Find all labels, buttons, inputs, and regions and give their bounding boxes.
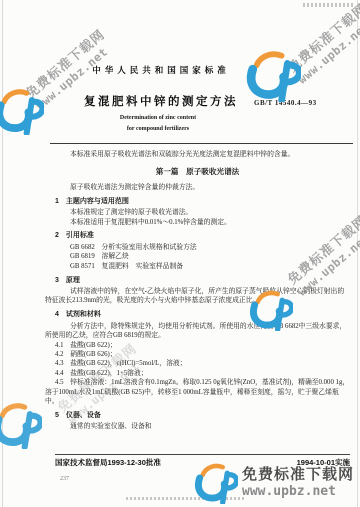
microprint-top-right xyxy=(303,3,355,7)
english-title-line2: for compound fertilizers xyxy=(127,126,189,132)
text-block-heading: 5 仪器、设备 xyxy=(55,411,350,420)
footer-divider xyxy=(55,454,350,455)
text-block-ref: GB 8571 复混肥料 实验室样品制备 xyxy=(70,262,350,271)
footer: 国家技术监督局1993-12-30批准 1994-10-01实施 xyxy=(55,457,350,468)
approval-note: 国家技术监督局1993-12-30批准 xyxy=(55,457,161,468)
english-title-line1: Determination of zinc content xyxy=(120,115,196,121)
text-block-heading: 4 试剂和材料 xyxy=(55,310,350,319)
text-block-ref: GB 6819 溶解乙炔 xyxy=(70,252,350,261)
english-title: Determination of zinc content for compou… xyxy=(0,113,316,135)
text-block-heading: 1 主题内容与适用范围 xyxy=(55,197,350,206)
text-block-item-para: 4.5 锌标准溶液：1mL溶液含有0.1mgZn。称取0.125 0g氧化锌(Z… xyxy=(45,378,350,406)
text-block-ref: GB 6682 分析实验室用水规格和试验方法 xyxy=(70,243,350,252)
document-page: 中华人民共和国国家标准 复混肥料中锌的测定方法 GB/T 14540.4—93 … xyxy=(0,0,360,507)
watermark-site-url: www.upbz.net xyxy=(242,484,354,499)
watermark-site-name: 免费标准下载网 xyxy=(242,467,354,484)
watermark-top-right: 免费标准下载网 www.upbz.net xyxy=(282,26,360,59)
text-block-item: 4.3 盐酸(GB 622)，c(HCl)=5mol/L，溶液； xyxy=(55,359,350,368)
document-body: 本标准采用原子吸收光谱法和双硫腙分光光度法测定复混肥料中锌的含量。第一篇 原子吸… xyxy=(0,150,360,432)
text-block-item: 4.4 盐酸(GB 622)，1+5溶液； xyxy=(55,369,350,378)
text-block-item: 4.2 硝酸(GB 626)； xyxy=(55,350,350,359)
text-block-para: 试样溶液中的锌，在空气-乙炔火焰中原子化，所产生的原子蒸气吸收从锌空心阴极灯射出… xyxy=(45,287,350,306)
header-divider xyxy=(50,143,353,144)
text-block-para: 通常的实验室仪器、设备和 xyxy=(45,422,350,431)
text-block-heading: 3 原理 xyxy=(55,276,350,285)
text-block-para: 原子吸收光谱法为测定锌含量的仲裁方法。 xyxy=(45,183,350,192)
text-block-item: 4.1 盐酸(GB 622)； xyxy=(55,341,350,350)
national-standard-label: 中华人民共和国国家标准 xyxy=(0,64,322,76)
text-block-para: 本标准适用于复混肥料中0.01%～0.1%锌含量的测定。 xyxy=(45,218,350,227)
text-block-center-heading: 第一篇 原子吸收光谱法 xyxy=(45,167,350,176)
text-block-para: 本标准采用原子吸收光谱法和双硫腙分光光度法测定复混肥料中锌的含量。 xyxy=(45,150,350,159)
text-block-para: 分析方法中，除特殊规定外，均使用分析纯试剂。所使用的水应符合GB 6682中三级… xyxy=(45,322,350,341)
microprint-bottom xyxy=(126,497,244,500)
text-block-heading: 2 引用标准 xyxy=(55,231,350,240)
implementation-date: 1994-10-01实施 xyxy=(297,457,350,468)
standard-number: GB/T 14540.4—93 xyxy=(254,99,317,107)
page-number: 237 xyxy=(60,476,69,482)
text-block-para: 本标准规定了测定锌的原子吸收光谱法。 xyxy=(45,208,350,217)
